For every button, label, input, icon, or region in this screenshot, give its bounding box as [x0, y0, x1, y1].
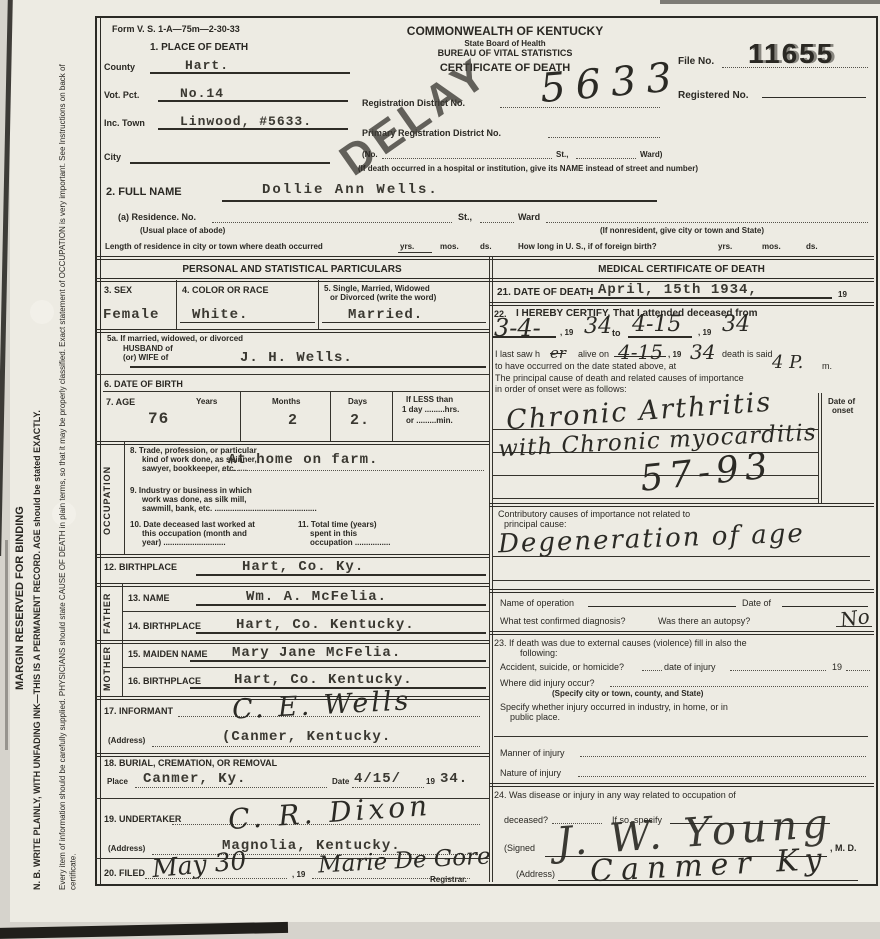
inc-town-value: Linwood, #5633.: [180, 114, 312, 129]
father-birthplace-label: 14. BIRTHPLACE: [128, 621, 201, 631]
husband-row-rule: [95, 374, 489, 375]
where-injury-label: Where did injury occur?: [500, 678, 595, 688]
length-ds: ds.: [480, 242, 492, 251]
age-months-value: 2: [288, 412, 298, 429]
sex-value: Female: [103, 307, 159, 323]
age-less-2: 1 day .........hrs.: [402, 405, 459, 414]
principal-label-2: in order of onset were as follows:: [495, 384, 627, 394]
occurred-time-value: 4 P.: [772, 352, 803, 373]
scan-edge-bottom: [0, 922, 288, 939]
specify-label-2: public place.: [510, 712, 560, 722]
age-years-header: Years: [196, 397, 217, 406]
md-label: , M. D.: [830, 843, 857, 853]
county-value: Hart.: [185, 58, 229, 73]
onset-box-line-b: [821, 393, 822, 503]
hospital-note: (If death occurred in a hospital or inst…: [358, 164, 698, 173]
total-time-label-1: 11. Total time (years): [298, 520, 377, 529]
margin-binding-note: MARGIN RESERVED FOR BINDING: [14, 260, 26, 690]
sex-row-rule: [95, 329, 489, 333]
scan-edge-left-lower: [5, 540, 8, 750]
contributory-line-1: [492, 556, 870, 557]
accident-label: Accident, suicide, or homicide?: [500, 662, 624, 672]
attended-19a: , 19: [560, 328, 573, 337]
residence-st-label: St.,: [458, 212, 472, 222]
where-injury-leader: [610, 678, 868, 687]
state-board-title: State Board of Health: [360, 39, 650, 48]
mother-vertical-label: MOTHER: [102, 644, 112, 694]
personal-title: PERSONAL AND STATISTICAL PARTICULARS: [95, 264, 489, 275]
onset-label-1: Date of: [828, 397, 855, 406]
burial-place-label: Place: [107, 777, 128, 786]
attended-34a: 34: [584, 314, 612, 339]
father-birthplace-line: [196, 620, 486, 634]
no-line: [382, 148, 552, 159]
mother-birthplace-line: [190, 675, 486, 689]
county-label: County: [104, 62, 135, 72]
birthplace-line: [196, 562, 486, 576]
injury-19: 19: [832, 662, 842, 672]
date-of-death-line: [590, 285, 832, 299]
injury-19-leader: [846, 662, 870, 671]
contributory-rule: [489, 589, 874, 593]
undertaker-address-label: (Address): [108, 844, 145, 853]
autopsy-value: No: [838, 604, 871, 632]
signed-label: (Signed: [504, 843, 535, 853]
injury-rule: [489, 783, 874, 787]
age-divider-1: [240, 391, 241, 441]
sex-label: 3. SEX: [104, 285, 132, 295]
race-label: 4. COLOR OR RACE: [182, 285, 269, 295]
filed-19: , 19: [292, 870, 305, 879]
city-line: [130, 140, 330, 164]
date-of-death-label: 21. DATE OF DEATH: [497, 287, 593, 298]
cause-rule: [489, 503, 874, 507]
foreign-yrs: yrs.: [718, 242, 732, 251]
last-worked-label-3: year) ............................: [142, 538, 226, 547]
marital-value-line: [322, 310, 486, 323]
last-saw-19: , 19: [668, 350, 681, 359]
length-yrs: yrs.: [400, 242, 414, 251]
maiden-name-line: [190, 648, 486, 662]
full-name-value: Dollie Ann Wells.: [262, 182, 439, 198]
total-time-label-2: spent in this: [310, 529, 357, 538]
dob-label: 6. DATE OF BIRTH: [104, 379, 183, 389]
personal-title-rule: [95, 278, 489, 282]
length-mos: mos.: [440, 242, 459, 251]
physician-address-label: (Address): [516, 869, 555, 879]
trade-leader: [222, 458, 484, 471]
burial-place-leader: [135, 777, 327, 788]
onset-label-2: onset: [832, 406, 853, 415]
burial-date-label: Date: [332, 777, 349, 786]
attended-19b: , 19: [698, 328, 711, 337]
manner-leader: [580, 748, 866, 757]
no-label: (No.: [362, 150, 378, 159]
contributory-line-2: [492, 580, 870, 581]
registered-no-line: [762, 85, 866, 98]
injury-date-label: date of injury: [664, 662, 716, 672]
last-worked-label-2: this occupation (month and: [142, 529, 247, 538]
registrar-label: Registrar.: [430, 875, 467, 884]
bureau-title: BUREAU OF VITAL STATISTICS: [360, 48, 650, 58]
file-no-label: File No.: [678, 56, 714, 67]
age-months-header: Months: [272, 397, 300, 406]
last-saw-label-1: I last saw h: [495, 349, 540, 359]
age-label: 7. AGE: [106, 397, 135, 407]
length-yrs-line: [398, 252, 432, 253]
specify-label-1: Specify whether injury occurred in indus…: [500, 702, 728, 712]
dob-row-rule: [103, 391, 489, 392]
full-name-label: 2. FULL NAME: [106, 186, 182, 198]
external-label-2: following:: [520, 648, 558, 658]
residence-label: (a) Residence. No.: [118, 212, 196, 222]
burial-date-leader: [352, 777, 424, 788]
last-saw-struck: er: [550, 344, 566, 362]
contributory-label-1: Contributory causes of importance not re…: [498, 509, 690, 519]
vot-pct-value: No.14: [180, 86, 224, 101]
autopsy-line: [836, 626, 872, 627]
injury-date-leader: [730, 662, 826, 671]
attended-to-line: [628, 324, 692, 338]
column-divider-b: [492, 256, 493, 882]
commonwealth-title: COMMONWEALTH OF KENTUCKY: [360, 24, 650, 38]
age-divider-2: [330, 391, 331, 441]
occupation-vertical-label: OCCUPATION: [102, 452, 112, 548]
father-name-rule: [122, 611, 489, 612]
medical-title: MEDICAL CERTIFICATE OF DEATH: [489, 264, 874, 275]
husband-label-1: 5a. If married, widowed, or divorced: [107, 334, 243, 343]
age-divider-3: [392, 391, 393, 441]
last-saw-label-3: death is said: [722, 349, 773, 359]
informant-rule: [95, 753, 489, 757]
ward-label: Ward): [640, 150, 662, 159]
age-less-3: or .........min.: [406, 416, 453, 425]
last-saw-line: [614, 346, 666, 357]
autopsy-label: Was there an autopsy?: [658, 616, 750, 626]
scan-edge-top-right: [660, 0, 880, 4]
total-time-label-3: occupation ................: [310, 538, 390, 547]
last-saw-label-2: alive on: [578, 349, 609, 359]
date-of-death-19: 19: [838, 290, 847, 299]
deceased-label: deceased?: [504, 815, 548, 825]
nature-leader: [578, 768, 866, 777]
margin-ink-note: N. B. WRITE PLAINLY, WITH UNFADING INK—T…: [32, 30, 56, 890]
operation-date-label: Date of: [742, 598, 771, 608]
primary-district-line: [548, 125, 660, 138]
informant-address-value: (Canmer, Kentucky.: [222, 729, 391, 745]
age-days-value: 2.: [350, 412, 370, 429]
file-no-value: 11655: [748, 38, 834, 70]
residence-line: [212, 210, 452, 223]
race-cell-divider: [318, 280, 319, 329]
registered-no-label: Registered No.: [678, 90, 749, 101]
specify-blank-line: [494, 736, 868, 737]
last-worked-label-1: 10. Date deceased last worked at: [130, 520, 255, 529]
husband-label-2: HUSBAND of: [123, 344, 173, 353]
st-line: [576, 148, 636, 159]
manner-label: Manner of injury: [500, 748, 565, 758]
header-bottom-rule: [95, 256, 874, 260]
marital-label-1: 5. Single, Married, Widowed: [324, 284, 430, 293]
undertaker-label: 19. UNDERTAKER: [104, 814, 181, 824]
father-name-label: 13. NAME: [128, 593, 170, 603]
principal-label-1: The principal cause of death and related…: [495, 373, 744, 383]
residence-st-line: [480, 210, 514, 223]
residence-ward-label: Ward: [518, 212, 540, 222]
maiden-name-rule: [122, 667, 489, 668]
burial-date-year: 34.: [440, 771, 468, 787]
occupation-question-label: 24. Was disease or injury in any way rel…: [494, 790, 736, 800]
husband-line: [130, 354, 486, 368]
attended-34b: 34: [722, 312, 750, 337]
father-name-line: [196, 592, 486, 606]
inc-town-label: Inc. Town: [104, 118, 145, 128]
city-label: City: [104, 152, 121, 162]
test-label: What test confirmed diagnosis?: [500, 616, 626, 626]
nature-label: Nature of injury: [500, 768, 561, 778]
date-of-death-rule: [489, 302, 874, 306]
filed-leader: [145, 872, 287, 879]
burial-date-19: 19: [426, 777, 435, 786]
occurred-m-label: m.: [822, 361, 832, 371]
onset-box-line-a: [818, 393, 819, 503]
informant-label: 17. INFORMANT: [104, 706, 173, 716]
age-days-header: Days: [348, 397, 367, 406]
informant-address-label: (Address): [108, 736, 145, 745]
attended-to-label: to: [612, 328, 621, 338]
industry-label-2: work was done, as silk mill,: [142, 495, 246, 504]
birthplace-rule: [95, 583, 489, 587]
burial-label: 18. BURIAL, CREMATION, OR REMOVAL: [104, 758, 277, 768]
county-line: [150, 50, 350, 74]
marital-label-2: or Divorced (write the word): [330, 293, 436, 302]
length-residence-label: Length of residence in city or town wher…: [105, 242, 323, 251]
age-years-value: 76: [148, 410, 169, 428]
operation-label: Name of operation: [500, 598, 574, 608]
st-label: St.,: [556, 150, 568, 159]
age-row-rule: [95, 441, 489, 445]
form-number: Form V. S. 1-A—75m—2-30-33: [112, 24, 240, 34]
test-rule: [489, 631, 874, 635]
birthplace-label: 12. BIRTHPLACE: [104, 562, 177, 572]
column-divider-a: [489, 256, 490, 882]
residence-ward-line: [546, 210, 868, 223]
last-saw-34: 34: [690, 340, 715, 364]
accident-leader: [642, 662, 662, 671]
foreign-birth-label: How long in U. S., if of foreign birth?: [518, 242, 657, 251]
industry-label-3: sawmill, bank, etc. ....................…: [142, 504, 317, 513]
father-vertical-label: FATHER: [102, 588, 112, 638]
occupation-gutter-line: [124, 441, 125, 554]
scanned-death-certificate: MARGIN RESERVED FOR BINDING N. B. WRITE …: [0, 0, 880, 939]
sex-cell-divider: [176, 280, 177, 329]
abode-note: (Usual place of abode): [140, 226, 225, 235]
father-rule: [95, 640, 489, 644]
age-less-1: If LESS than: [406, 395, 453, 404]
margin-instructions-note: Every item of information should be care…: [58, 30, 88, 890]
nonresident-note: (If nonresident, give city or town and S…: [600, 226, 764, 235]
occurred-label: to have occurred on the date stated abov…: [495, 361, 676, 371]
where-injury-note: (Specify city or town, county, and State…: [552, 689, 703, 698]
attended-from-line: [492, 324, 556, 338]
industry-label-1: 9. Industry or business in which: [130, 486, 252, 495]
foreign-ds: ds.: [806, 242, 818, 251]
occupation-rule: [95, 554, 489, 558]
external-label-1: 23. If death was due to external causes …: [494, 638, 747, 648]
foreign-mos: mos.: [762, 242, 781, 251]
filed-label: 20. FILED: [104, 868, 145, 878]
race-value-line: [180, 310, 315, 323]
operation-line: [588, 596, 736, 607]
vot-pct-label: Vot. Pct.: [104, 90, 139, 100]
